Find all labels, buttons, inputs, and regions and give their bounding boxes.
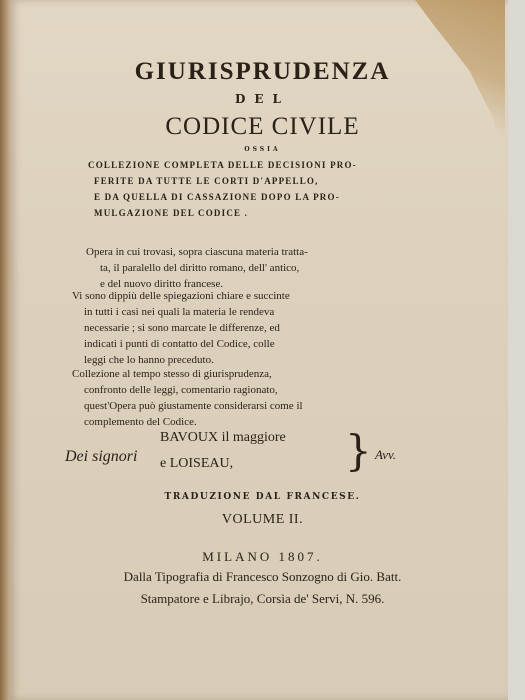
author-loiseau: e LOISEAU,	[160, 456, 233, 472]
book-subtitle: CODICE CIVILE	[0, 113, 525, 141]
authors-suffix: Avv.	[375, 447, 396, 463]
volume-number: VOLUME II.	[0, 512, 525, 528]
text-line: in tutti i casi nei quali la materia le …	[72, 304, 422, 320]
authors-block: Dei signori BAVOUX il maggiore e LOISEAU…	[65, 430, 455, 480]
author-bavoux: BAVOUX il maggiore	[160, 430, 286, 446]
brace-glyph: }	[345, 428, 372, 474]
text-line: Collezione al tempo stesso di giurisprud…	[72, 366, 422, 382]
vi-paragraph: Vi sono dippiù delle spiegazioni chiare …	[72, 288, 422, 368]
printer-address: Stampatore e Librajo, Corsìa de' Servi, …	[0, 591, 525, 607]
title-del: DEL	[0, 92, 525, 106]
text-line: confronto delle leggi, comentario ragion…	[72, 382, 422, 398]
translation-note: TRADUZIONE DAL FRANCESE.	[0, 492, 525, 502]
ossia-label: OSSIA	[0, 146, 525, 153]
text-line: Collezione completa delle decisioni pro-	[88, 157, 408, 173]
printer-line: Dalla Tipografia di Francesco Sonzogno d…	[0, 569, 525, 585]
text-line: necessarie ; si sono marcate le differen…	[72, 320, 422, 336]
text-line: indicati i punti di contatto del Codice,…	[72, 336, 422, 352]
authors-prefix: Dei signori	[65, 448, 137, 466]
text-line: ta, il paralello del diritto romano, del…	[86, 260, 426, 276]
collezione-paragraph: Collezione al tempo stesso di giurisprud…	[72, 366, 422, 430]
text-line: mulgazione del Codice .	[88, 205, 408, 221]
place-year: MILANO 1807.	[0, 549, 525, 565]
text-line: Vi sono dippiù delle spiegazioni chiare …	[72, 288, 422, 304]
text-line: Opera in cui trovasi, sopra ciascuna mat…	[86, 244, 426, 260]
text-line: ferite da tutte le corti d'appello,	[88, 173, 408, 189]
text-line: quest'Opera può giustamente considerarsi…	[72, 398, 422, 414]
book-title: GIURISPRUDENZA	[0, 58, 525, 86]
opera-paragraph: Opera in cui trovasi, sopra ciascuna mat…	[86, 244, 426, 292]
text-line: e da quella di cassazione dopo la pro-	[88, 189, 408, 205]
description-block: Collezione completa delle decisioni pro-…	[88, 157, 408, 221]
